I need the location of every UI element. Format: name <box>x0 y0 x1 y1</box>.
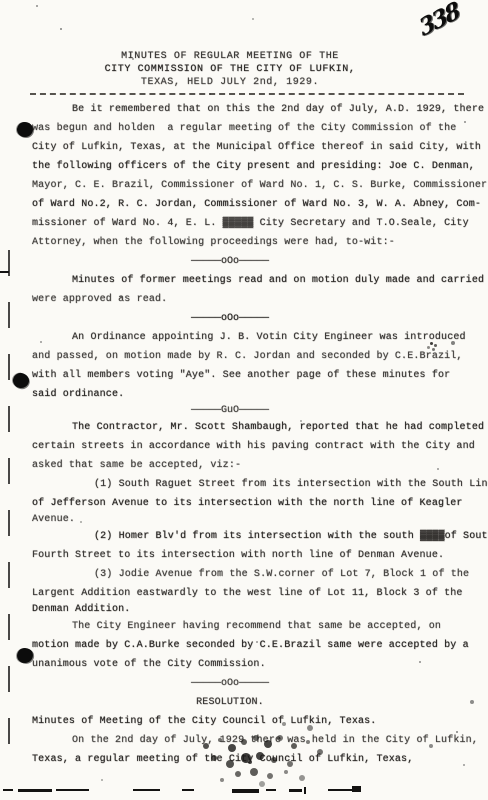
document-line: were approved as read. <box>32 290 456 309</box>
scan-edge-dash <box>0 271 9 273</box>
document-line: The City Engineer having recommend that … <box>32 617 456 636</box>
document-line: asked that same be accepted, viz:- <box>32 456 456 475</box>
edge-dash <box>304 787 306 794</box>
document-line: Minutes of Meeting of the City Council o… <box>32 712 456 731</box>
document-line: Mayor, C. E. Brazil, Commissioner of War… <box>32 176 456 195</box>
edge-dash <box>18 789 52 792</box>
document-line: (3) Jodie Avenue from the S.W.corner of … <box>32 565 456 584</box>
document-line: On the 2nd day of July, 1929 there was h… <box>32 731 456 750</box>
document-line: the following officers of the City prese… <box>32 157 456 176</box>
document-line: Attorney, when the following proceedings… <box>32 233 456 252</box>
scan-noise-speckles <box>0 0 2 2</box>
document-line: Fourth Street to its intersection with n… <box>32 546 456 565</box>
document-line: MINUTES OF REGULAR MEETING OF THE <box>32 50 456 63</box>
scan-edge-line <box>8 250 10 766</box>
document-line: —————oOo————— <box>32 674 456 693</box>
document-line: was begun and holden a regular meeting o… <box>32 119 456 138</box>
document-line: The Contractor, Mr. Scott Shambaugh, rep… <box>32 418 456 437</box>
document-line: motion made by C.A.Burke seconded by C.E… <box>32 636 456 655</box>
document-line: City of Lufkin, Texas, at the Municipal … <box>32 138 456 157</box>
edge-dash <box>3 789 13 791</box>
edge-dash <box>133 789 160 791</box>
document-line: (2) Homer Blv'd from its intersection wi… <box>32 527 456 546</box>
document-line: certain streets in accordance with his p… <box>32 437 456 456</box>
document-line: with all members voting "Aye". See anoth… <box>32 366 456 385</box>
dashed-divider <box>30 93 464 95</box>
edge-dash <box>352 786 361 792</box>
handwritten-page-number: 338 <box>416 0 462 42</box>
ink-correction-mark <box>430 342 433 345</box>
document-line: —————GuO————— <box>32 404 456 418</box>
document-line: CITY COMMISSION OF THE CITY OF LUFKIN, <box>32 63 456 76</box>
edge-dash <box>266 789 276 791</box>
document-line: missioner of Ward No. 4, E. L. ▓▓▓▓▓ Cit… <box>32 214 456 233</box>
edge-dash <box>56 789 89 791</box>
document-line: —————oOo————— <box>32 252 456 271</box>
scanned-page: 338 MINUTES OF REGULAR MEETING OF THECIT… <box>0 0 488 800</box>
typewritten-content: MINUTES OF REGULAR MEETING OF THECITY CO… <box>32 50 456 769</box>
edge-dash <box>289 789 302 792</box>
bottom-edge-marks <box>0 786 488 798</box>
document-line: Minutes of former meetings read and on m… <box>32 271 456 290</box>
document-line: unanimous vote of the City Commission. <box>32 655 456 674</box>
hole-punch-middle <box>12 372 31 390</box>
document-line: said ordinance. <box>32 385 456 404</box>
edge-dash <box>182 789 194 791</box>
document-line: —————oOo————— <box>32 309 456 328</box>
ink-smudge <box>248 760 252 764</box>
document-line: RESOLUTION. <box>32 693 456 712</box>
document-line: Be it remembered that on this the 2nd da… <box>32 100 456 119</box>
document-line: Avenue. <box>32 513 456 527</box>
hole-punch-top <box>17 122 33 137</box>
document-line: Largent Addition eastwardly to the west … <box>32 584 456 603</box>
document-line: of Ward No.2, R. C. Jordan, Commissioner… <box>32 195 456 214</box>
edge-dash <box>328 789 354 791</box>
document-line: An Ordinance appointing J. B. Votin City… <box>32 328 456 347</box>
document-line: TEXAS, HELD JULY 2nd, 1929. <box>32 76 456 89</box>
document-line: of Jefferson Avenue to its intersection … <box>32 494 456 513</box>
document-line: Texas, a regular meeting of the City Cou… <box>32 750 456 769</box>
document-line: Denman Addition. <box>32 603 456 617</box>
document-line: (1) South Raguet Street from its interse… <box>32 475 456 494</box>
edge-dash <box>232 789 259 793</box>
document-line: and passed, on motion made by R. C. Jord… <box>32 347 456 366</box>
